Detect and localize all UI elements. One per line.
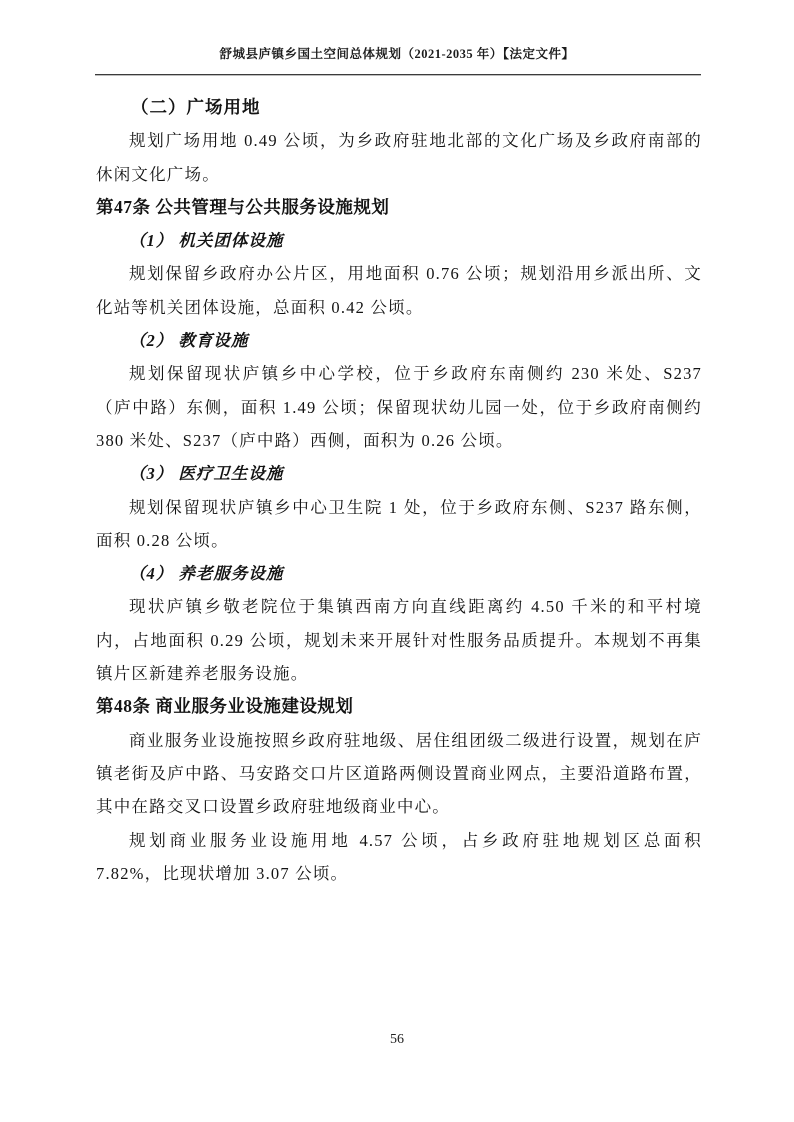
- section-heading-plaza-land: （二）广场用地: [96, 91, 702, 124]
- article-47-item-3-heading: （3） 医疗卫生设施: [96, 457, 702, 490]
- article-47-item-3-paragraph: 规划保留现状庐镇乡中心卫生院 1 处，位于乡政府东侧、S237 路东侧，面积 0…: [96, 491, 702, 558]
- document-body: （二）广场用地 规划广场用地 0.49 公顷，为乡政府驻地北部的文化广场及乡政府…: [96, 91, 702, 890]
- document-page: 舒城县庐镇乡国土空间总体规划（2021-2035 年）【法定文件】 （二）广场用…: [0, 0, 794, 1122]
- article-47-item-1-heading: （1） 机关团体设施: [96, 224, 702, 257]
- paragraph-plaza-land: 规划广场用地 0.49 公顷，为乡政府驻地北部的文化广场及乡政府南部的休闲文化广…: [96, 124, 702, 191]
- article-47-item-1-paragraph: 规划保留乡政府办公片区，用地面积 0.76 公顷；规划沿用乡派出所、文化站等机关…: [96, 257, 702, 324]
- header-rule: [95, 74, 701, 76]
- article-47-item-2-paragraph: 规划保留现状庐镇乡中心学校，位于乡政府东南侧约 230 米处、S237（庐中路）…: [96, 357, 702, 457]
- article-47-heading: 第47条 公共管理与公共服务设施规划: [96, 191, 702, 224]
- header-title: 舒城县庐镇乡国土空间总体规划（2021-2035 年）【法定文件】: [0, 44, 794, 62]
- article-48-heading: 第48条 商业服务业设施建设规划: [96, 690, 702, 723]
- page-number: 56: [390, 1032, 404, 1047]
- page-footer: 56: [0, 1032, 794, 1048]
- article-47-item-4-paragraph: 现状庐镇乡敬老院位于集镇西南方向直线距离约 4.50 千米的和平村境内，占地面积…: [96, 590, 702, 690]
- article-47-item-4-heading: （4） 养老服务设施: [96, 557, 702, 590]
- article-48-paragraph-1: 商业服务业设施按照乡政府驻地级、居住组团级二级进行设置，规划在庐镇老街及庐中路、…: [96, 724, 702, 824]
- article-48-paragraph-2: 规划商业服务业设施用地 4.57 公顷，占乡政府驻地规划区总面积 7.82%，比…: [96, 824, 702, 891]
- article-47-item-2-heading: （2） 教育设施: [96, 324, 702, 357]
